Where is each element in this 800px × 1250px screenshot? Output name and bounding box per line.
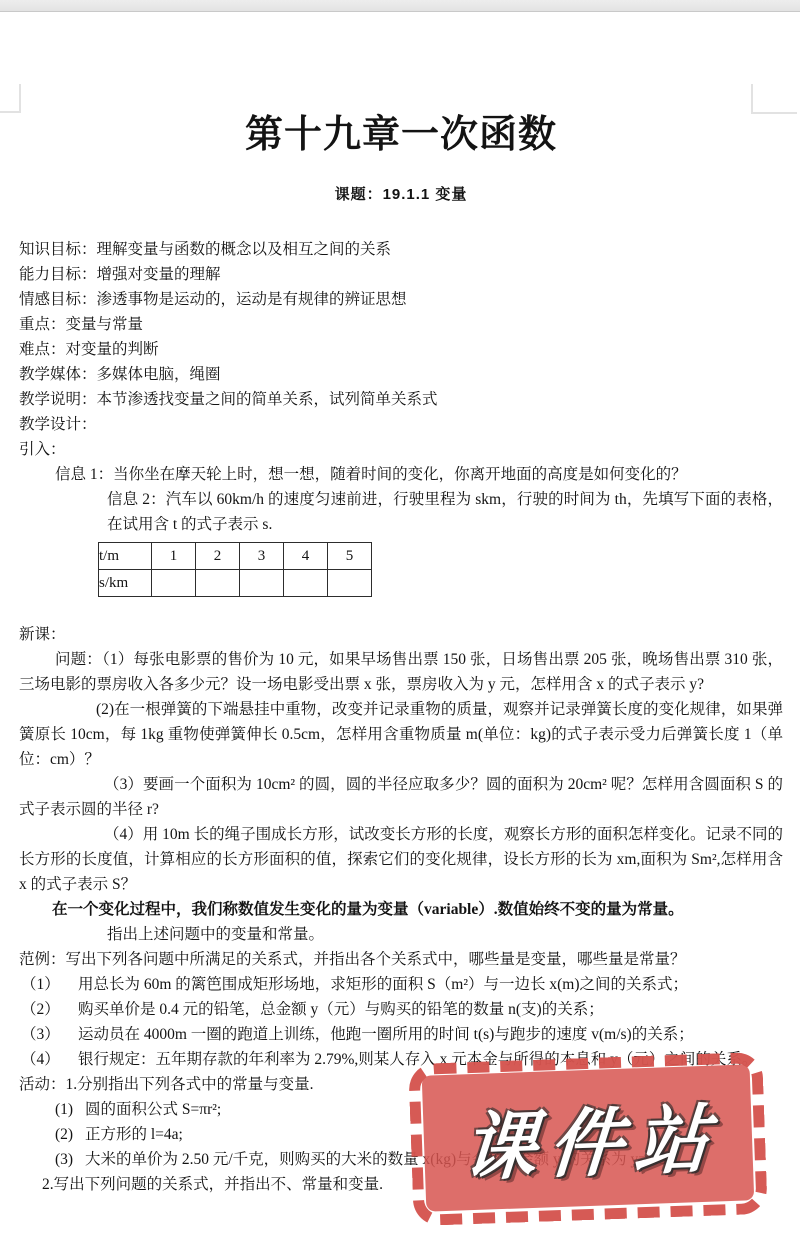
activity-text: 正方形的 l=4a; bbox=[85, 1126, 183, 1143]
objective-line: 情感目标：渗透事物是运动的，运动是有规律的辨证思想 bbox=[19, 287, 783, 312]
table-cell bbox=[152, 570, 196, 597]
intro-line-1: 信息 1：当你坐在摩天轮上时，想一想，随着时间的变化，你离开地面的高度是如何变化… bbox=[19, 462, 783, 487]
objective-line: 难点：对变量的判断 bbox=[19, 337, 783, 362]
objective-line: 重点：变量与常量 bbox=[19, 312, 783, 337]
table-cell bbox=[196, 570, 240, 597]
problem-paragraph-4: （4）用 10m 长的绳子围成长方形，试改变长方形的长度，观察长方形的面积怎样变… bbox=[19, 822, 783, 897]
table-cell bbox=[328, 570, 372, 597]
stamp-text: 课件站 bbox=[451, 1080, 724, 1196]
variables-table: t/m 1 2 3 4 5 s/km bbox=[98, 542, 372, 597]
document-page[interactable]: 第十九章一次函数 课题：19.1.1 变量 知识目标：理解变量与函数的概念以及相… bbox=[0, 0, 800, 1250]
example-heading: 范例：写出下列各问题中所满足的关系式，并指出各个关系式中，哪些量是变量，哪些量是… bbox=[19, 947, 783, 972]
example-text: 运动员在 4000m 一圈的跑道上训练，他跑一圈所用的时间 t(s)与跑步的速度… bbox=[78, 1026, 694, 1043]
objective-line: 教学媒体：多媒体电脑，绳圈 bbox=[19, 362, 783, 387]
table-cell: 3 bbox=[240, 543, 284, 570]
objective-line: 能力目标：增强对变量的理解 bbox=[19, 262, 783, 287]
table-cell bbox=[284, 570, 328, 597]
activity-text: 圆的面积公式 S=πr²; bbox=[85, 1101, 221, 1118]
table-cell: t/m bbox=[99, 543, 152, 570]
definition-highlight: 在一个变化过程中，我们称数值发生变化的量为变量（variable）.数值始终不变… bbox=[19, 897, 783, 922]
note-line: 指出上述问题中的变量和常量。 bbox=[19, 922, 783, 947]
intro-line-2: 信息 2：汽车以 60km/h 的速度匀速前进，行驶里程为 skm，行驶的时间为… bbox=[19, 487, 783, 537]
document-body: 知识目标：理解变量与函数的概念以及相互之间的关系 能力目标：增强对变量的理解 情… bbox=[19, 237, 783, 1197]
activity-number: (2) bbox=[55, 1122, 73, 1147]
objective-line: 引入： bbox=[19, 437, 783, 462]
table-cell: 2 bbox=[196, 543, 240, 570]
window-top-bar bbox=[0, 0, 800, 12]
activity-number: (3) bbox=[55, 1147, 73, 1172]
document-content: 第十九章一次函数 课题：19.1.1 变量 知识目标：理解变量与函数的概念以及相… bbox=[0, 112, 800, 1197]
example-number: （4） bbox=[21, 1047, 60, 1072]
example-text: 用总长为 60m 的篱笆围成矩形场地，求矩形的面积 S（m²）与一边长 x(m)… bbox=[78, 976, 688, 993]
example-number: （1） bbox=[21, 972, 60, 997]
table-row: t/m 1 2 3 4 5 bbox=[99, 543, 372, 570]
page-corner-mark-right bbox=[751, 84, 797, 114]
table-cell: 5 bbox=[328, 543, 372, 570]
objective-line: 教学设计： bbox=[19, 412, 783, 437]
example-item: （2） 购买单价是 0.4 元的铅笔，总金额 y（元）与购买的铅笔的数量 n(支… bbox=[19, 997, 783, 1022]
problem-paragraph-3: （3）要画一个面积为 10cm² 的圆，圆的半径应取多少？圆的面积为 20cm²… bbox=[19, 772, 783, 822]
activity-number: (1) bbox=[55, 1097, 73, 1122]
watermark-stamp: 课件站 bbox=[408, 1052, 767, 1226]
stamp-fill: 课件站 bbox=[422, 1064, 755, 1211]
table-cell bbox=[240, 570, 284, 597]
lesson-heading: 新课： bbox=[19, 622, 783, 647]
objective-line: 知识目标：理解变量与函数的概念以及相互之间的关系 bbox=[19, 237, 783, 262]
example-text: 购买单价是 0.4 元的铅笔，总金额 y（元）与购买的铅笔的数量 n(支)的关系… bbox=[78, 1001, 604, 1018]
example-item: （3） 运动员在 4000m 一圈的跑道上训练，他跑一圈所用的时间 t(s)与跑… bbox=[19, 1022, 783, 1047]
table-cell: s/km bbox=[99, 570, 152, 597]
page-corner-mark-left bbox=[0, 84, 21, 113]
page-title: 第十九章一次函数 bbox=[19, 112, 783, 158]
table-cell: 1 bbox=[152, 543, 196, 570]
table-cell: 4 bbox=[284, 543, 328, 570]
example-item: （1） 用总长为 60m 的篱笆围成矩形场地，求矩形的面积 S（m²）与一边长 … bbox=[19, 972, 783, 997]
objective-line: 教学说明：本节渗透找变量之间的简单关系，试列简单关系式 bbox=[19, 387, 783, 412]
table-row: s/km bbox=[99, 570, 372, 597]
example-number: （2） bbox=[21, 997, 60, 1022]
example-number: （3） bbox=[21, 1022, 60, 1047]
lesson-subtitle: 课题：19.1.1 变量 bbox=[19, 185, 783, 205]
problem-paragraph-2: (2)在一根弹簧的下端悬挂中重物，改变并记录重物的质量，观察并记录弹簧长度的变化… bbox=[19, 697, 783, 772]
problem-paragraph-1: 问题：（1）每张电影票的售价为 10 元，如果早场售出票 150 张，日场售出票… bbox=[19, 647, 783, 697]
